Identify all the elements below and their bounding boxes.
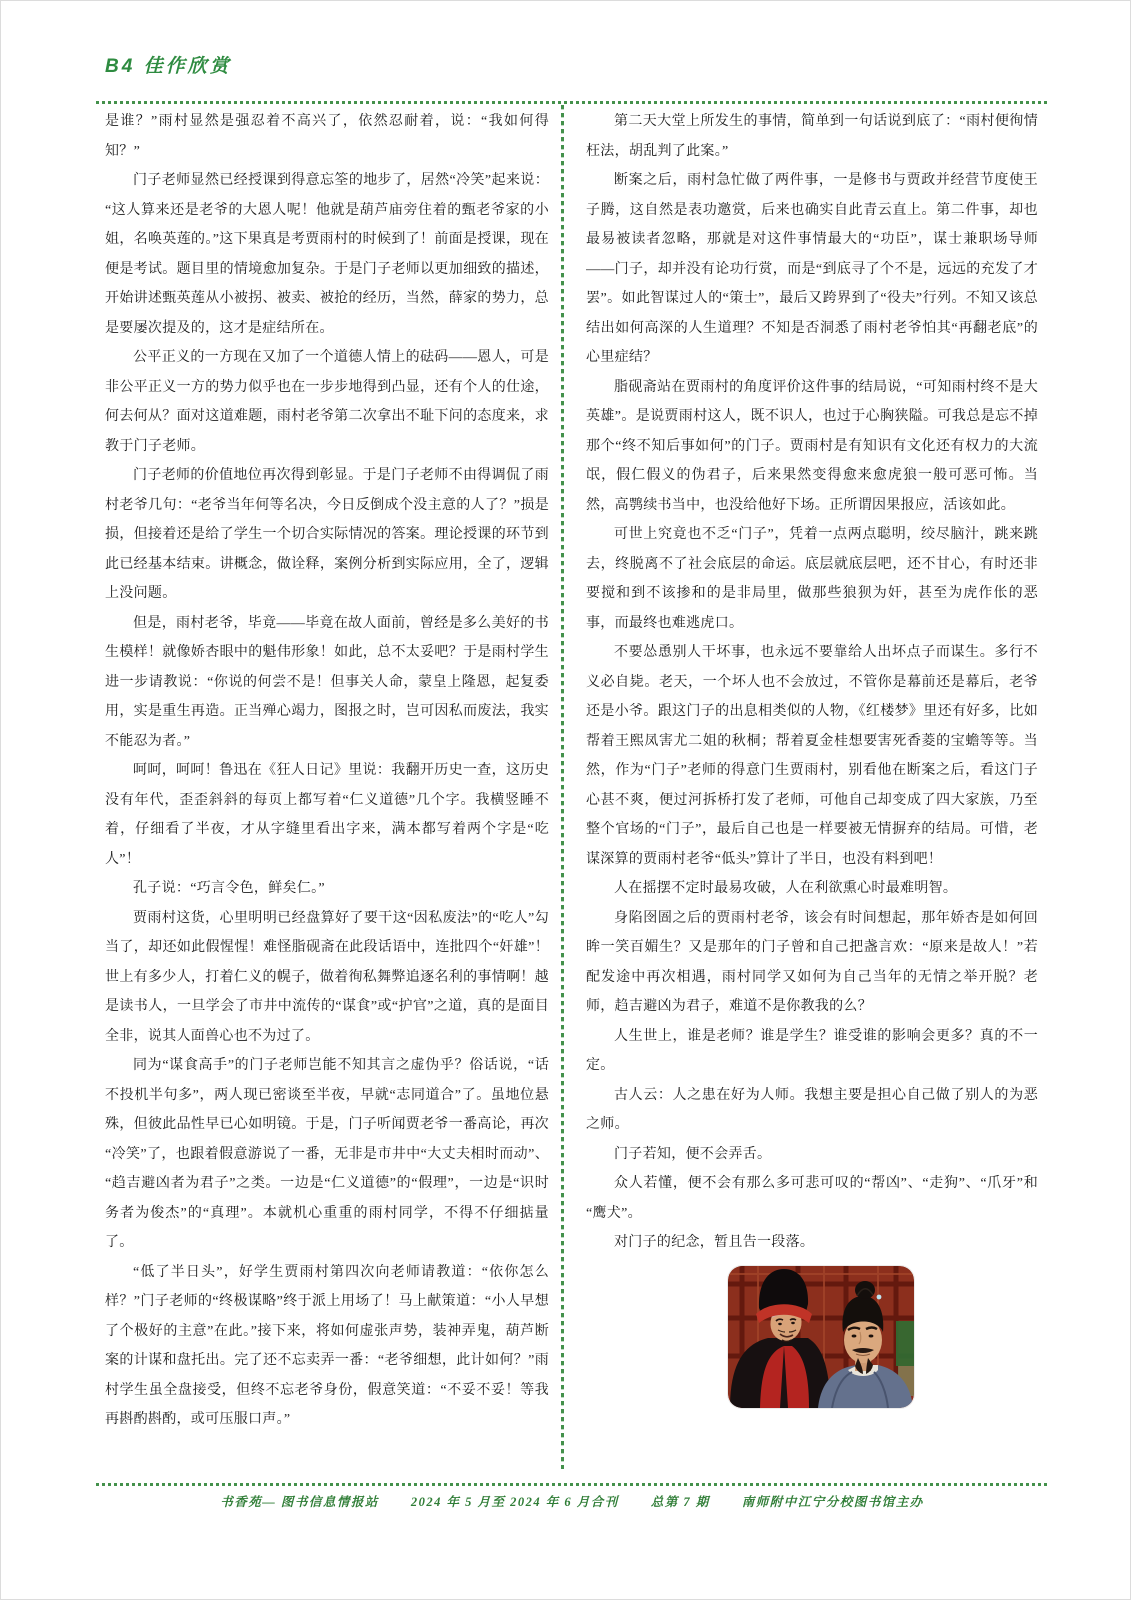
article-paragraph: 同为“谋食高手”的门子老师岂能不知其言之虚伪乎？俗话说，“话不投机半句多”，两人… [105, 1051, 549, 1258]
article-paragraph: 断案之后，雨村急忙做了两件事，一是修书与贾政并经营节度使王子腾，这自然是表功邀赏… [586, 166, 1038, 373]
article-paragraph: 脂砚斋站在贾雨村的角度评价这件事的结局说，“可知雨村终不是大英雄”。是说贾雨村这… [586, 373, 1038, 521]
article-column-right: 第二天大堂上所发生的事情，简单到一句话说到底了：“雨村便徇情枉法，胡乱判了此案。… [586, 107, 1038, 1471]
article-paragraph: 第二天大堂上所发生的事情，简单到一句话说到底了：“雨村便徇情枉法，胡乱判了此案。… [586, 107, 1038, 166]
newspaper-page: B4 佳作欣赏 是谁？”雨村显然是强忍着不高兴了，依然忍耐着，说：“我如何得知？… [0, 0, 1131, 1600]
article-paragraph: 人在摇摆不定时最易攻破，人在利欲熏心时最难明智。 [586, 874, 1038, 904]
article-photo-men-scene [728, 1266, 914, 1408]
article-paragraph: 公平正义的一方现在又加了一个道德人情上的砝码——恩人，可是非公平正义一方的势力似… [105, 343, 549, 461]
bottom-dotted-rule [96, 1483, 1048, 1486]
article-column-left: 是谁？”雨村显然是强忍着不高兴了，依然忍耐着，说：“我如何得知？”门子老师显然已… [105, 107, 549, 1471]
page-footer: 书香苑— 图书信息情报站2024 年 5 月至 2024 年 6 月合刊总第 7… [96, 1492, 1048, 1510]
footer-issue: 2024 年 5 月至 2024 年 6 月合刊 [411, 1495, 619, 1509]
article-paragraph: 对门子的纪念，暂且告一段落。 [586, 1228, 1038, 1258]
article-paragraph: 古人云：人之患在好为人师。我想主要是担心自己做了别人的为恶之师。 [586, 1081, 1038, 1140]
article-paragraph: 不要怂恿别人干坏事，也永远不要靠给人出坏点子而谋生。多行不义必自毙。老天，一个坏… [586, 638, 1038, 874]
article-paragraph: 贾雨村这货，心里明明已经盘算好了要干这“因私废法”的“吃人”勾当了，却还如此假惺… [105, 904, 549, 1052]
footer-publisher: 南师附中江宁分校图书馆主办 [742, 1495, 924, 1509]
footer-number: 总第 7 期 [651, 1495, 710, 1509]
article-paragraph: 门子若知，便不会弄舌。 [586, 1140, 1038, 1170]
top-dotted-rule [96, 101, 1048, 104]
footer-station: 书香苑— 图书信息情报站 [220, 1495, 379, 1509]
article-paragraph: 可世上究竟也不乏“门子”，凭着一点两点聪明，绞尽脑汁，跳来跳去，终脱离不了社会底… [586, 520, 1038, 638]
article-paragraph: 身陷囹圄之后的贾雨村老爷，该会有时间想起，那年娇杏是如何回眸一笑百媚生？又是那年… [586, 904, 1038, 1022]
article-paragraph: 是谁？”雨村显然是强忍着不高兴了，依然忍耐着，说：“我如何得知？” [105, 107, 549, 166]
article-paragraph: 呵呵，呵呵！鲁迅在《狂人日记》里说：我翻开历史一查，这历史没有年代，歪歪斜斜的每… [105, 756, 549, 874]
article-paragraph: 但是，雨村老爷，毕竟——毕竟在故人面前，曾经是多么美好的书生模样！就像娇杏眼中的… [105, 609, 549, 757]
article-paragraph: 人生世上，谁是老师？谁是学生？谁受谁的影响会更多？真的不一定。 [586, 1022, 1038, 1081]
article-paragraph: 众人若懂，便不会有那么多可悲可叹的“帮凶”、“走狗”、“爪牙”和“鹰犬”。 [586, 1169, 1038, 1228]
article-paragraph: 孔子说：“巧言令色，鲜矣仁。” [105, 874, 549, 904]
article-paragraph: “低了半日头”，好学生贾雨村第四次向老师请教道：“依你怎么样？”门子老师的“终极… [105, 1258, 549, 1435]
section-label: B4 佳作欣赏 [105, 51, 232, 78]
article-paragraph: 门子老师显然已经授课到得意忘筌的地步了，居然“冷笑”起来说：“这人算来还是老爷的… [105, 166, 549, 343]
article-paragraph: 门子老师的价值地位再次得到彰显。于是门子老师不由得调侃了雨村老爷几句：“老爷当年… [105, 461, 549, 609]
column-divider-dotted-rule [561, 105, 564, 1469]
